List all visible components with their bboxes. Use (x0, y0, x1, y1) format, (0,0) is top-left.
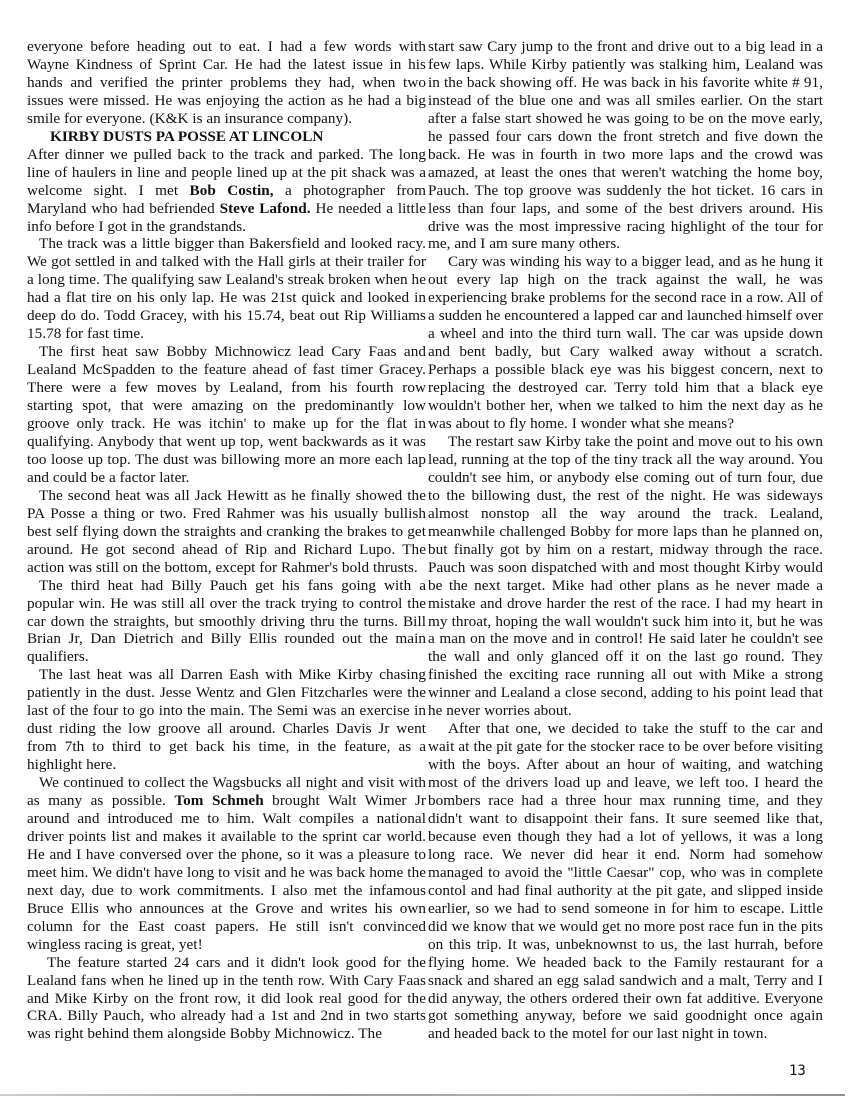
paragraph: The second heat was all Jack Hewitt as h… (27, 487, 426, 577)
paragraph: The first heat saw Bobby Michnowicz lead… (27, 343, 426, 487)
person-name-bold: Tom Schmeh (174, 792, 263, 809)
section-heading: KIRBY DUSTS PA POSSE AT LINCOLN (27, 128, 426, 146)
paragraph: Cary was winding his way to a bigger lea… (428, 253, 823, 433)
paragraph: The third heat had Billy Pauch get his f… (27, 577, 426, 667)
paragraph: The track was a little bigger than Baker… (27, 235, 426, 343)
person-name-bold: Steve Lafond. (220, 200, 311, 217)
paragraph: After that one, we decided to take the s… (428, 720, 823, 1043)
paragraph: We continued to collect the Wagsbucks al… (27, 774, 426, 954)
paragraph: After dinner we pulled back to the track… (27, 146, 426, 236)
left-column: everyone before heading out to eat. I ha… (27, 38, 426, 1043)
paragraph: The last heat was all Darren Eash with M… (27, 666, 426, 774)
paragraph: everyone before heading out to eat. I ha… (27, 38, 426, 128)
paragraph: The feature started 24 cars and it didn'… (27, 954, 426, 1044)
page-number: 13 (789, 1063, 806, 1079)
document-page: everyone before heading out to eat. I ha… (0, 0, 850, 1100)
paragraph: start saw Cary jump to the front and dri… (428, 38, 823, 253)
person-name-bold: Bob Costin, (190, 182, 274, 199)
paragraph: The restart saw Kirby take the point and… (428, 433, 823, 720)
bottom-edge-rule (0, 1094, 845, 1096)
right-column: start saw Cary jump to the front and dri… (428, 38, 823, 1043)
